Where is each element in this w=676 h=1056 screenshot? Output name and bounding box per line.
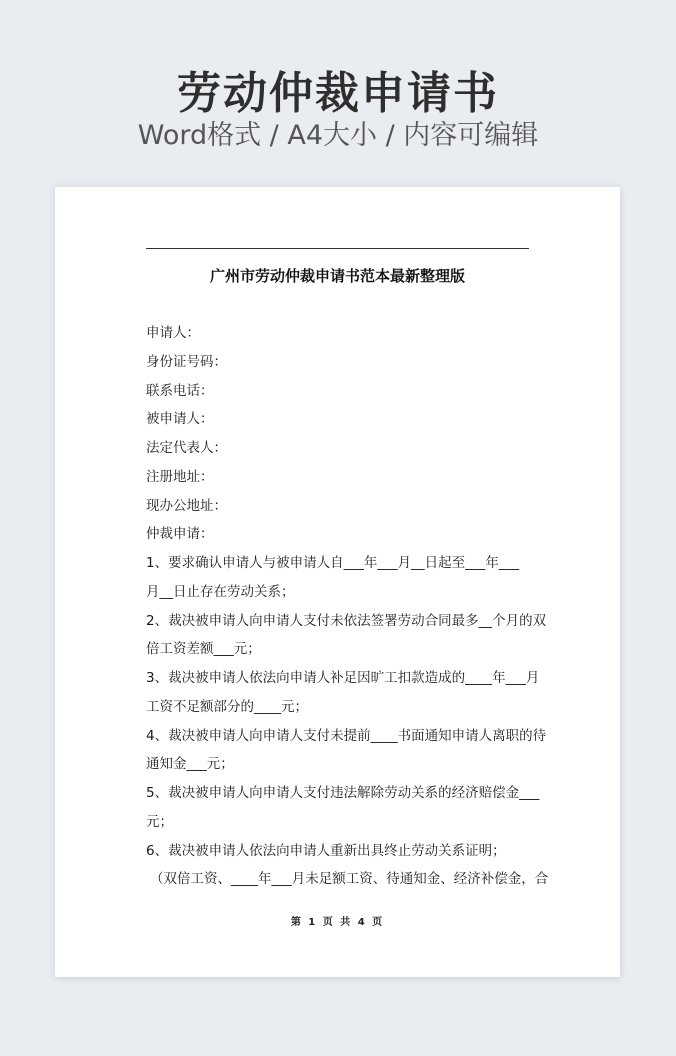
claim-3-line-2: 工资不足额部分的____元； [146,697,531,726]
field-id-number: 身份证号码： [146,352,531,381]
claim-1-line-1: 1、要求确认申请人与被申请人自___年___月__日起至___年___ [146,553,531,582]
header-rule [146,248,529,249]
section-arbitration-request: 仲裁申请： [146,524,531,553]
claim-5-line-1: 5、裁决被申请人向申请人支付违法解除劳动关系的经济赔偿金___ [146,783,531,812]
claim-2-line-1: 2、裁决被申请人向申请人支付未依法签署劳动合同最多__个月的双 [146,611,531,640]
document-title: 广州市劳动仲裁申请书范本最新整理版 [55,265,620,287]
field-office-address: 现办公地址： [146,496,531,525]
claim-5-line-2: 元； [146,812,531,841]
document-page: 广州市劳动仲裁申请书范本最新整理版 申请人： 身份证号码： 联系电话： 被申请人… [55,187,620,977]
claim-3-line-1: 3、裁决被申请人依法向申请人补足因旷工扣款造成的____年___月 [146,668,531,697]
hero-subtitle: Word格式 / A4大小 / 内容可编辑 [0,118,676,154]
hero-title: 劳动仲裁申请书 [0,68,676,120]
claim-4-line-2: 通知金___元； [146,754,531,783]
field-respondent: 被申请人： [146,409,531,438]
claim-2-line-2: 倍工资差额___元； [146,639,531,668]
claim-summary: （双倍工资、____年___月未足额工资、待通知金、经济补偿金，合 [146,869,531,898]
field-applicant: 申请人： [146,323,531,352]
field-registered-address: 注册地址： [146,467,531,496]
page-number-footer: 第 1 页 共 4 页 [55,913,620,928]
claim-6: 6、裁决被申请人依法向申请人重新出具终止劳动关系证明； [146,841,531,870]
field-legal-representative: 法定代表人： [146,438,531,467]
field-phone: 联系电话： [146,381,531,410]
claim-1-line-2: 月__日止存在劳动关系； [146,582,531,611]
claim-4-line-1: 4、裁决被申请人向申请人支付未提前____书面通知申请人离职的待 [146,726,531,755]
document-body: 申请人： 身份证号码： 联系电话： 被申请人： 法定代表人： 注册地址： 现办公… [146,323,531,898]
